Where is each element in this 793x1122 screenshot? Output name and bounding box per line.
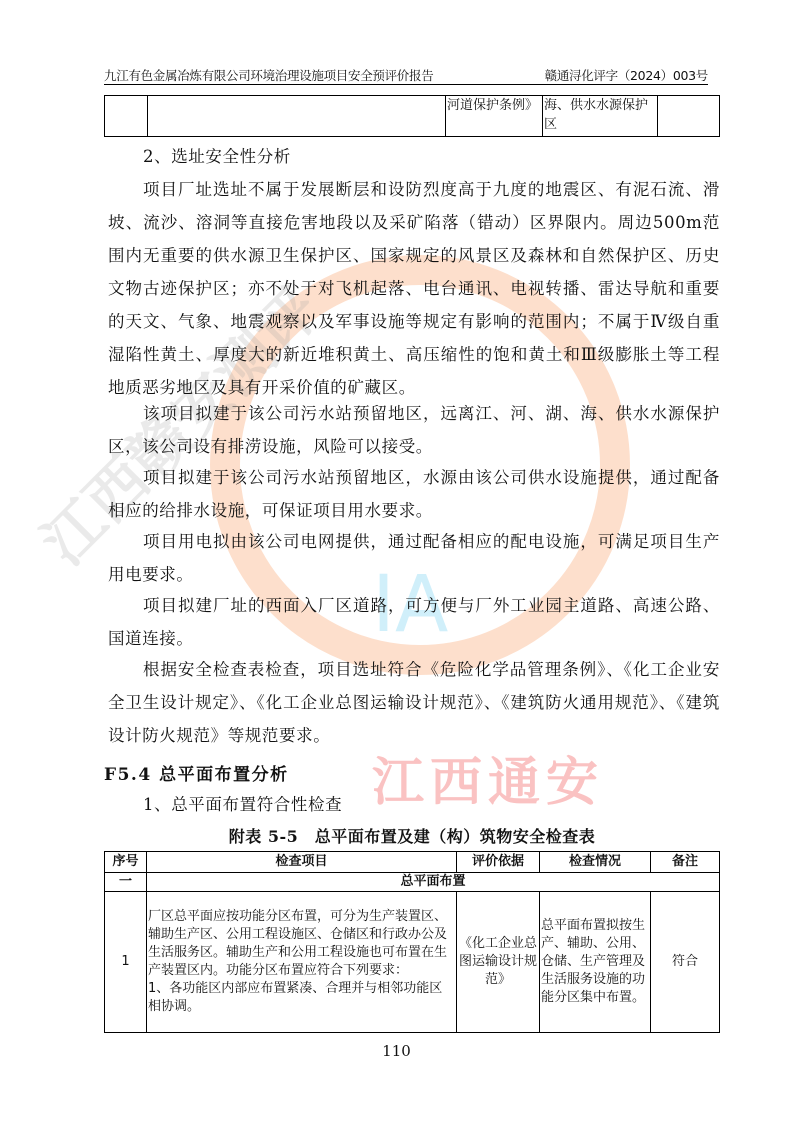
- report-title: 九江有色金属冶炼有限公司环境治理设施项目安全预评价报告: [104, 66, 433, 84]
- row-item: 厂区总平面应按功能分区布置，可分为生产装置区、辅助生产区、公用工程设施区、仓储区…: [147, 892, 457, 1033]
- layout-check-table: 序号 检查项目 评价依据 检查情况 备注 一 总平面布置 1 厂区总平面应按功能…: [104, 851, 720, 1033]
- subsection-heading: 1、总平面布置符合性检查: [108, 788, 720, 821]
- row-remark: 符合: [651, 892, 720, 1033]
- document-number: 赣通浔化评字（2024）003号: [545, 66, 708, 84]
- column-header-basis: 评价依据: [457, 852, 540, 873]
- paragraph: 项目厂址选址不属于发展断层和设防烈度高于九度的地震区、有泥石流、滑坡、流沙、溶洞…: [108, 173, 720, 404]
- paragraph: 根据安全检查表检查，项目选址符合《危险化学品管理条例》、《化工企业安全卫生设计规…: [108, 653, 720, 752]
- table-cell: [105, 96, 148, 137]
- row-finding: 总平面布置拟按生产、辅助、公用、仓储、生产管理及生活服务设施的功能分区集中布置。: [540, 892, 651, 1033]
- section-heading-layout: F5.4 总平面布置分析: [104, 760, 289, 785]
- table-cell: [148, 96, 446, 137]
- column-header-finding: 检查情况: [540, 852, 651, 873]
- table-cell: 河道保护条例》: [446, 96, 543, 137]
- section-index: 一: [105, 873, 147, 892]
- section-label: 总平面布置: [147, 873, 720, 892]
- column-header-item: 检查项目: [147, 852, 457, 873]
- section-heading-site-safety: 2、选址安全性分析: [108, 140, 720, 173]
- document-page: IA 江西赣安测评 江西通安 九江有色金属冶炼有限公司环境治理设施项目安全预评价…: [0, 0, 793, 1122]
- table-cell: 海、供水水源保护区: [543, 96, 658, 137]
- paragraph: 该项目拟建于该公司污水站预留地区，远离江、河、湖、海、供水水源保护区，该公司设有…: [108, 397, 720, 463]
- table-header-row: 序号 检查项目 评价依据 检查情况 备注: [105, 852, 720, 873]
- column-header-remark: 备注: [651, 852, 720, 873]
- paragraph: 项目用电拟由该公司电网提供，通过配备相应的配电设施，可满足项目生产用电要求。: [108, 525, 720, 591]
- row-index: 1: [105, 892, 147, 1033]
- section-row: 一 总平面布置: [105, 873, 720, 892]
- continued-table-fragment: 河道保护条例》 海、供水水源保护区: [104, 95, 720, 137]
- table-row: 河道保护条例》 海、供水水源保护区: [105, 96, 720, 137]
- page-header: 九江有色金属冶炼有限公司环境治理设施项目安全预评价报告 赣通浔化评字（2024）…: [104, 66, 708, 85]
- column-header-index: 序号: [105, 852, 147, 873]
- table-caption: 附表 5-5 总平面布置及建（构）筑物安全检查表: [104, 824, 720, 847]
- page-number: 110: [0, 1042, 793, 1060]
- table-row: 1 厂区总平面应按功能分区布置，可分为生产装置区、辅助生产区、公用工程设施区、仓…: [105, 892, 720, 1033]
- table-cell: [658, 96, 720, 137]
- row-basis: 《化工企业总图运输设计规范》: [457, 892, 540, 1033]
- paragraph: 项目拟建厂址的西面入厂区道路，可方便与厂外工业园主道路、高速公路、国道连接。: [108, 589, 720, 655]
- paragraph: 项目拟建于该公司污水站预留地区，水源由该公司供水设施提供，通过配备相应的给排水设…: [108, 461, 720, 527]
